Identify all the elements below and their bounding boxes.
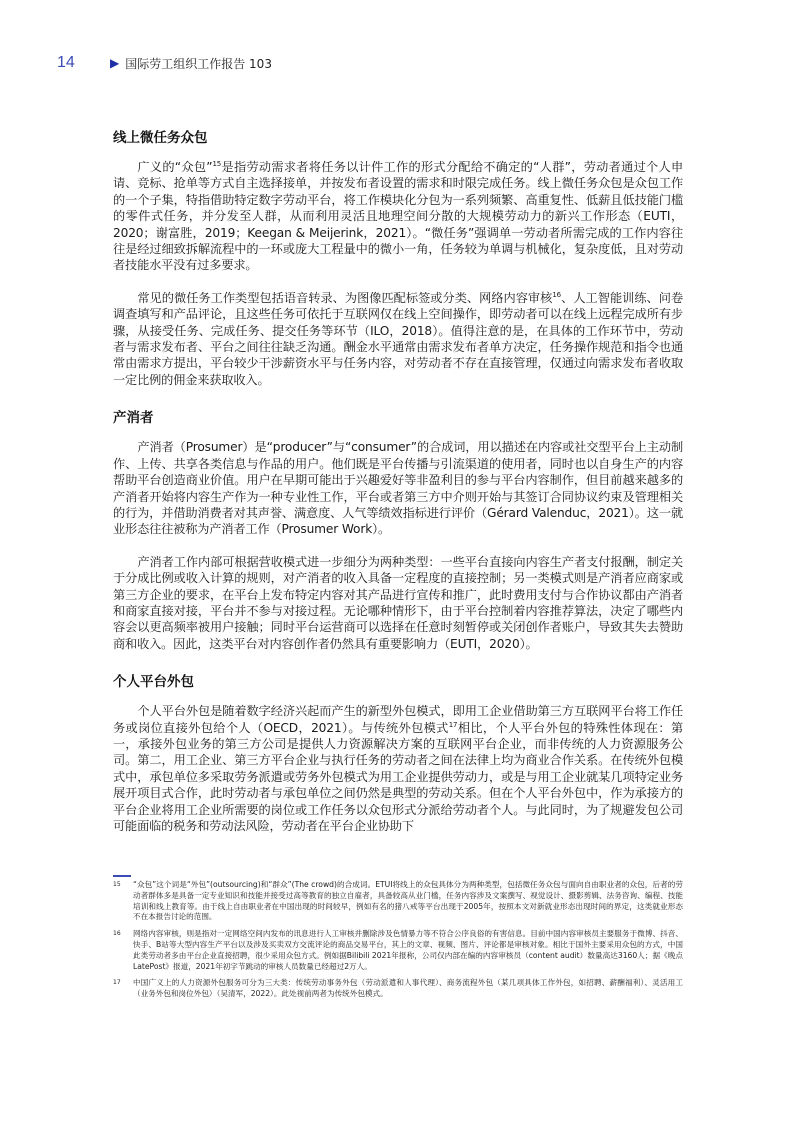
- paragraph: 产消者工作内部可根据营收模式进一步细分为两种类型：一些平台直接向内容生产者支付报…: [113, 554, 683, 652]
- paragraph: 产消者（Prosumer）是“producer”与“consumer”的合成词，…: [113, 439, 683, 537]
- footnote-17: 17 中国广义上的人力资源外包服务可分为三大类：传统劳动事务外包（劳动派遣和人事…: [113, 978, 683, 1000]
- paragraph: 个人平台外包是随着数字经济兴起而产生的新型外包模式，即用工企业借助第三方互联网平…: [113, 703, 683, 834]
- section-heading-prosumer: 产消者: [113, 408, 683, 428]
- main-content: 线上微任务众包 广义的“众包”15是指劳动需求者将任务以计件工作的形式分配给不确…: [113, 128, 683, 834]
- footnotes: 15 “众包”这个词是“外包”(outsourcing)和“群众”(The cr…: [113, 880, 683, 1006]
- footnote-text: “众包”这个词是“外包”(outsourcing)和“群众”(The crowd…: [133, 880, 683, 923]
- footnote-text: 中国广义上的人力资源外包服务可分为三大类：传统劳动事务外包（劳动派遣和人事代理）…: [133, 978, 683, 1000]
- footnote-ref[interactable]: 16: [552, 291, 561, 299]
- page-number: 14: [57, 54, 110, 72]
- footnote-number: 15: [113, 880, 133, 923]
- paragraph: 常见的微任务工作类型包括语音转录、为图像匹配标签或分类、网络内容审核16、人工智…: [113, 290, 683, 388]
- report-title: 国际劳工组织工作报告 103: [125, 55, 272, 72]
- triangle-right-icon: ▶: [110, 56, 119, 70]
- footnote-15: 15 “众包”这个词是“外包”(outsourcing)和“群众”(The cr…: [113, 880, 683, 923]
- section-heading-individual-platform-outsourcing: 个人平台外包: [113, 672, 683, 692]
- footnote-ref[interactable]: 15: [212, 160, 221, 168]
- footnote-divider: [113, 875, 131, 877]
- footnote-number: 17: [113, 978, 133, 1000]
- footnote-16: 16 网络内容审核，则是指对一定网络空间内发布的讯息进行人工审核并删除涉及色情暴…: [113, 929, 683, 972]
- footnote-number: 16: [113, 929, 133, 972]
- running-header: 14 ▶ 国际劳工组织工作报告 103: [57, 52, 272, 74]
- footnote-text: 网络内容审核，则是指对一定网络空间内发布的讯息进行人工审核并删除涉及色情暴力等不…: [133, 929, 683, 972]
- section-heading-micro-task-crowdsourcing: 线上微任务众包: [113, 128, 683, 148]
- paragraph: 广义的“众包”15是指劳动需求者将任务以计件工作的形式分配给不确定的“人群”，劳…: [113, 159, 683, 274]
